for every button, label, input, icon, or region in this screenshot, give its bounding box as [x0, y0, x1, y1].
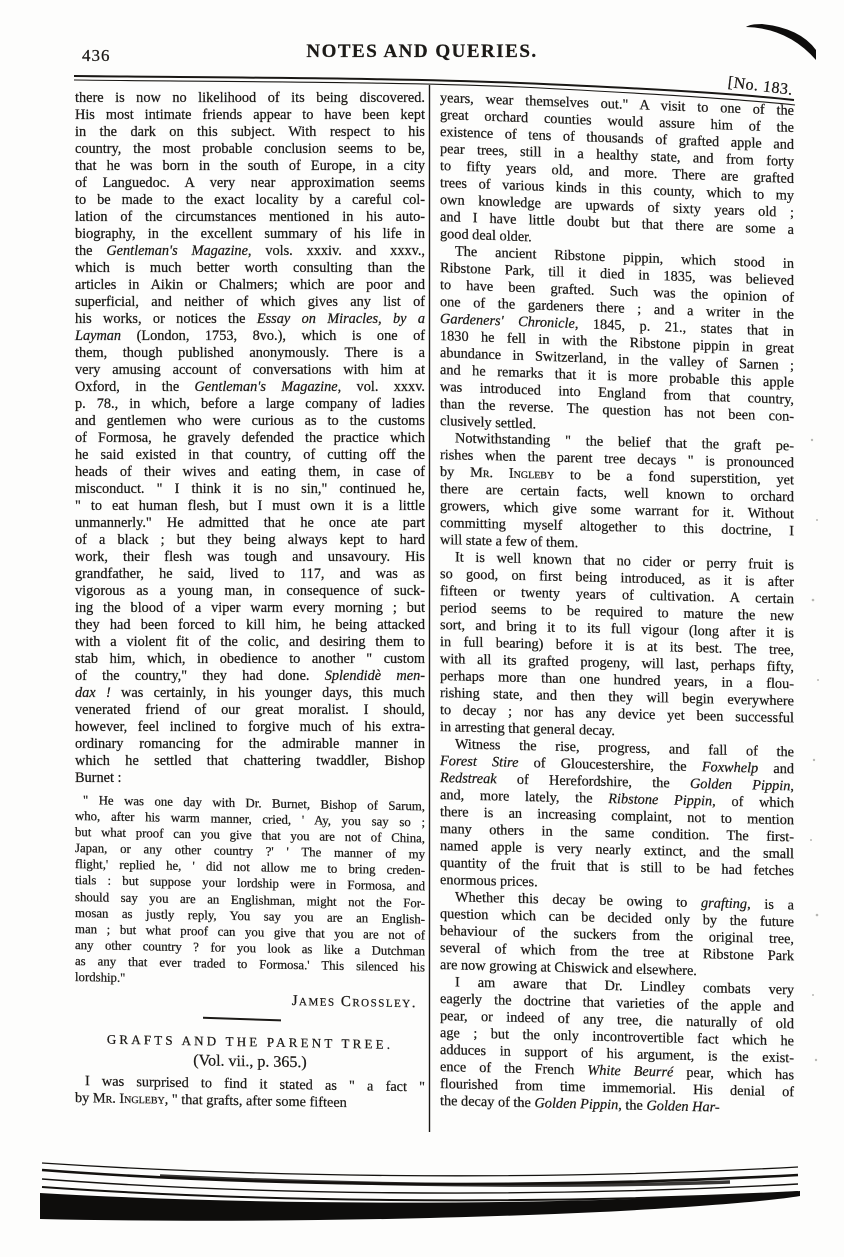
bottom-edge-wedge: [40, 1191, 800, 1221]
text-line: dax ! was certainly, in his younger days…: [75, 685, 425, 702]
text-line: country, the most probable conclusion se…: [75, 141, 425, 158]
text-line: of the country," they had done. Splendid…: [75, 668, 425, 685]
right-column: years, wear themselves out." A visit to …: [440, 90, 794, 1110]
journal-title: NOTES AND QUERIES.: [0, 41, 844, 63]
blockquote-burnet-anecdote: " He was one day with Dr. Burnet, Bishop…: [75, 792, 425, 992]
text-line: unmannerly." He admitted that he once at…: [75, 515, 425, 532]
text-line: that he was born in the south of Europe,…: [75, 158, 425, 175]
text-line: with a violent fit of the colic, and des…: [75, 634, 425, 651]
right-column-lower-block: Notwithstanding " the belief that the gr…: [440, 430, 794, 1118]
text-line: however, feel inclined to forgive much o…: [75, 719, 425, 736]
text-line: which he settled that chattering twaddle…: [75, 753, 425, 770]
right-paragraph-4: It is well known that no cider or perry …: [440, 549, 794, 744]
text-line: stab him, which, in obedience to another…: [75, 651, 425, 668]
text-line: superficial, and neither of which gives …: [75, 294, 425, 311]
text-line: the Gentleman's Magazine, vols. xxxiv. a…: [75, 243, 425, 260]
bottom-scan-artifacts: [42, 1163, 798, 1200]
section-reference: (Vol. vii., p. 365.): [75, 1050, 425, 1074]
text-line: to be made to the exact locality by a ca…: [75, 192, 425, 209]
text-line: of Formosa, he gravely defended the prac…: [75, 430, 425, 447]
text-line: ing the blood of a viper warm every morn…: [75, 600, 425, 617]
text-line: and gentlemen who were curious as to the…: [75, 413, 425, 430]
text-line: biography, in the excellent summary of h…: [75, 226, 425, 243]
signature: James Crossley.: [75, 989, 425, 1012]
right-paragraph-2: The ancient Ribstone pippin, which stood…: [440, 243, 794, 443]
text-line: they had been forced to kill him, he bei…: [75, 617, 425, 634]
section-opening-paragraph: I was surprised to find it stated as " a…: [75, 1073, 425, 1113]
scanned-journal-page: 436 NOTES AND QUERIES. [No. 183. there i…: [0, 0, 844, 1257]
left-column: there is now no likelihood of its being …: [75, 90, 425, 1107]
text-line: ordinary romancing for the admirable man…: [75, 736, 425, 753]
right-paragraph-6: Whether this decay be owing to grafting,…: [440, 889, 794, 982]
text-line: heads of their wives and eating them, in…: [75, 464, 425, 481]
text-line: he said existed in that country, of cutt…: [75, 447, 425, 464]
signature-name: James Crossley.: [292, 993, 417, 1011]
text-line: which is much better worth consulting th…: [75, 260, 425, 277]
text-line: vigorous as a young man, in consequence …: [75, 583, 425, 600]
text-line: them, though published anonymously. Ther…: [75, 345, 425, 362]
right-paragraph-5: Witness the rise, progress, and fall of …: [440, 736, 794, 897]
text-line: of a black ; but they being always kept …: [75, 532, 425, 549]
section-divider-rule: [203, 1017, 281, 1022]
text-line: there is now no likelihood of its being …: [75, 90, 425, 107]
text-line: grandfather, he said, lived to 117, and …: [75, 566, 425, 583]
text-line: his works, or notices the Essay on Mirac…: [75, 311, 425, 328]
text-line: Burnet :: [75, 770, 425, 787]
right-paragraph-1: years, wear themselves out." A visit to …: [440, 90, 794, 256]
left-column-lower-block: " He was one day with Dr. Burnet, Bishop…: [75, 792, 425, 1113]
right-paragraph-7: I am aware that Dr. Lindley combats very…: [440, 974, 794, 1118]
text-line: " to eat human flesh, but I must own it …: [75, 498, 425, 515]
text-line: misconduct. " I think it is no sin," con…: [75, 481, 425, 498]
page-edge-noise: [810, 439, 819, 1061]
text-line: in the dark on this subject. With respec…: [75, 124, 425, 141]
text-line: work, their flesh was tough and unsavour…: [75, 549, 425, 566]
text-line: Layman (London, 1753, 8vo.), which is on…: [75, 328, 425, 345]
text-line: p. 78., in which, before a large company…: [75, 396, 425, 413]
text-line: of Languedoc. A very near approximation …: [75, 175, 425, 192]
right-column-upper-block: years, wear themselves out." A visit to …: [440, 90, 794, 443]
text-line: His most intimate friends appear to have…: [75, 107, 425, 124]
text-line: lation of the circumstances mentioned in…: [75, 209, 425, 226]
text-line: articles in Aikin or Chalmers; which are…: [75, 277, 425, 294]
text-line: Oxford, in the Gentleman's Magazine, vol…: [75, 379, 425, 396]
text-line: venerated friend of our great moralist. …: [75, 702, 425, 719]
right-paragraph-3: Notwithstanding " the belief that the gr…: [440, 430, 794, 557]
left-opening-paragraph: there is now no likelihood of its being …: [75, 90, 425, 787]
text-line: very amusing account of conversations wi…: [75, 362, 425, 379]
